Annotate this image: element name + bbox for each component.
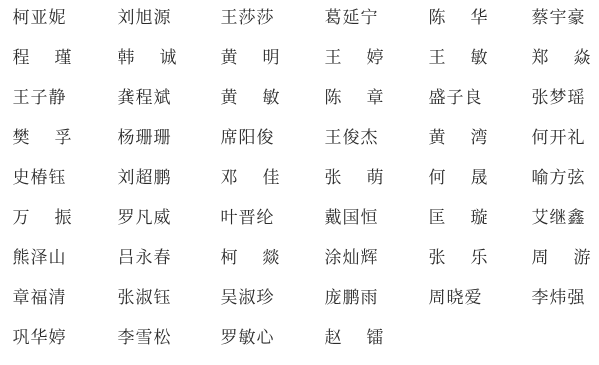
name-char: 张 [117,288,135,308]
name-char: 陈 [324,88,342,108]
name-char: 弦 [567,168,585,188]
name-char: 刘 [117,8,135,28]
name-char: 珊 [135,128,153,148]
name-entry: 匡璇 [428,208,488,228]
name-entry: 李雪松 [117,328,177,348]
name-char: 罗 [117,208,135,228]
name-char: 婷 [366,48,384,68]
name-char: 俊 [342,128,360,148]
name-char: 鹏 [153,168,171,188]
name-entry: 席阳俊 [220,128,280,148]
name-entry: 罗凡威 [117,208,177,228]
name-entry: 陈华 [428,8,488,28]
name-char: 爱 [464,288,482,308]
name-entry: 张梦瑶 [531,88,591,108]
name-char: 柯 [12,8,30,28]
name-char: 泽 [30,248,48,268]
name-char: 钰 [48,168,66,188]
name-char: 华 [470,8,488,28]
name-entry: 熊泽山 [12,248,72,268]
name-char: 佳 [262,168,280,188]
name-entry: 周游 [531,248,591,268]
name-char: 源 [153,8,171,28]
name-char: 喻 [531,168,549,188]
name-char: 罗 [220,328,238,348]
name-char: 明 [262,48,280,68]
name-entry: 柯亚妮 [12,8,72,28]
name-char: 诚 [159,48,177,68]
name-char: 柯 [220,248,238,268]
name-char: 山 [48,248,66,268]
name-char: 婷 [48,328,66,348]
name-entry: 李炜强 [531,288,591,308]
name-entry: 何晟 [428,168,488,188]
name-char: 振 [54,208,72,228]
name-char: 俊 [256,128,274,148]
name-char: 钰 [153,288,171,308]
name-char: 萌 [366,168,384,188]
name-entry: 何开礼 [531,128,591,148]
name-entry: 杨珊珊 [117,128,177,148]
name-char: 雨 [360,288,378,308]
name-entry: 程瑾 [12,48,72,68]
name-char: 王 [428,48,446,68]
name-char: 杨 [117,128,135,148]
name-char: 静 [48,88,66,108]
name-char: 强 [567,288,585,308]
name-entry: 张萌 [324,168,384,188]
name-char: 鹏 [342,288,360,308]
name-char: 宇 [549,8,567,28]
name-char: 淑 [238,288,256,308]
name-char: 章 [366,88,384,108]
name-char: 莎 [238,8,256,28]
name-char: 韩 [117,48,135,68]
name-char: 艾 [531,208,549,228]
name-char: 华 [30,328,48,348]
name-char: 戴 [324,208,342,228]
name-entry: 章福清 [12,288,72,308]
name-entry: 黄敏 [220,88,280,108]
name-entry: 罗敏心 [220,328,280,348]
name-entry: 王子静 [12,88,72,108]
name-char: 邓 [220,168,238,188]
name-char: 王 [12,88,30,108]
name-entry: 吴淑珍 [220,288,280,308]
name-char: 燚 [262,248,280,268]
name-char: 葛 [324,8,342,28]
name-char: 焱 [573,48,591,68]
name-char: 福 [30,288,48,308]
name-char: 章 [12,288,30,308]
name-entry: 刘超鹏 [117,168,177,188]
name-char: 凡 [135,208,153,228]
name-char: 盛 [428,88,446,108]
name-char: 恒 [360,208,378,228]
name-char: 张 [428,248,446,268]
name-char: 敏 [262,88,280,108]
name-char: 王 [220,8,238,28]
name-char: 赵 [324,328,342,348]
name-char: 超 [135,168,153,188]
name-entry: 柯燚 [220,248,280,268]
name-entry: 蔡宇豪 [531,8,591,28]
name-char: 何 [531,128,549,148]
name-char: 张 [324,168,342,188]
name-char: 阳 [238,128,256,148]
name-char: 敏 [238,328,256,348]
name-char: 王 [324,48,342,68]
name-entry: 黄湾 [428,128,488,148]
name-entry: 陈章 [324,88,384,108]
name-entry: 樊孚 [12,128,72,148]
name-entry: 巩华婷 [12,328,72,348]
name-entry: 盛子良 [428,88,488,108]
name-char: 方 [549,168,567,188]
name-char: 敏 [470,48,488,68]
name-entry: 王莎莎 [220,8,280,28]
name-entry: 戴国恒 [324,208,384,228]
name-char: 晋 [238,208,256,228]
name-char: 子 [446,88,464,108]
name-char: 龚 [117,88,135,108]
name-entry: 周晓爱 [428,288,488,308]
name-char: 镭 [366,328,384,348]
name-char: 李 [531,288,549,308]
name-char: 良 [464,88,482,108]
name-char: 豪 [567,8,585,28]
name-char: 刘 [117,168,135,188]
name-char: 涂 [324,248,342,268]
name-char: 瑾 [54,48,72,68]
name-entry: 叶晋纶 [220,208,280,228]
name-char: 斌 [153,88,171,108]
name-char: 椿 [30,168,48,188]
name-entry: 郑焱 [531,48,591,68]
name-char: 梦 [549,88,567,108]
name-char: 礼 [567,128,585,148]
name-entry: 黄明 [220,48,280,68]
name-entry: 龚程斌 [117,88,177,108]
name-char: 庞 [324,288,342,308]
name-char: 孚 [54,128,72,148]
name-char: 开 [549,128,567,148]
name-char: 叶 [220,208,238,228]
name-char: 程 [12,48,30,68]
name-char: 子 [30,88,48,108]
name-char: 黄 [428,128,446,148]
name-char: 璇 [470,208,488,228]
name-char: 旭 [135,8,153,28]
name-entry: 史椿钰 [12,168,72,188]
name-char: 熊 [12,248,30,268]
name-entry: 邓佳 [220,168,280,188]
name-entry: 涂灿辉 [324,248,384,268]
name-char: 史 [12,168,30,188]
name-char: 雪 [135,328,153,348]
name-char: 莎 [256,8,274,28]
name-char: 游 [573,248,591,268]
name-char: 珊 [153,128,171,148]
name-char: 清 [48,288,66,308]
name-entry: 艾继鑫 [531,208,591,228]
name-char: 鑫 [567,208,585,228]
name-char: 周 [531,248,549,268]
name-char: 淑 [135,288,153,308]
name-char: 延 [342,8,360,28]
name-char: 心 [256,328,274,348]
name-char: 万 [12,208,30,228]
name-entry: 庞鹏雨 [324,288,384,308]
name-char: 春 [153,248,171,268]
name-entry: 韩诚 [117,48,177,68]
name-entry: 张淑钰 [117,288,177,308]
name-char: 杰 [360,128,378,148]
name-entry: 王敏 [428,48,488,68]
name-char: 蔡 [531,8,549,28]
name-char: 晓 [446,288,464,308]
name-char: 巩 [12,328,30,348]
name-char: 吕 [117,248,135,268]
name-char: 瑶 [567,88,585,108]
name-char: 何 [428,168,446,188]
name-char: 继 [549,208,567,228]
name-char: 妮 [48,8,66,28]
name-char: 李 [117,328,135,348]
name-char: 炜 [549,288,567,308]
name-char: 永 [135,248,153,268]
name-char: 珍 [256,288,274,308]
name-char: 席 [220,128,238,148]
name-char: 程 [135,88,153,108]
name-entry: 喻方弦 [531,168,591,188]
name-entry: 葛延宁 [324,8,384,28]
name-entry: 赵镭 [324,328,384,348]
name-char: 陈 [428,8,446,28]
name-entry: 吕永春 [117,248,177,268]
name-char: 郑 [531,48,549,68]
name-char: 威 [153,208,171,228]
name-char: 辉 [360,248,378,268]
name-char: 灿 [342,248,360,268]
name-entry: 张乐 [428,248,488,268]
name-char: 吴 [220,288,238,308]
name-char: 周 [428,288,446,308]
name-entry: 刘旭源 [117,8,177,28]
name-entry: 王俊杰 [324,128,384,148]
name-entry: 万振 [12,208,72,228]
name-char: 匡 [428,208,446,228]
name-char: 晟 [470,168,488,188]
name-list-grid: 柯亚妮刘旭源王莎莎葛延宁陈华蔡宇豪程瑾韩诚黄明王婷王敏郑焱王子静龚程斌黄敏陈章盛… [0,0,599,365]
name-char: 宁 [360,8,378,28]
name-char: 湾 [470,128,488,148]
name-char: 王 [324,128,342,148]
name-char: 松 [153,328,171,348]
name-char: 亚 [30,8,48,28]
name-char: 国 [342,208,360,228]
name-char: 黄 [220,48,238,68]
name-char: 纶 [256,208,274,228]
name-char: 黄 [220,88,238,108]
name-char: 张 [531,88,549,108]
name-entry: 王婷 [324,48,384,68]
name-char: 樊 [12,128,30,148]
name-char: 乐 [470,248,488,268]
